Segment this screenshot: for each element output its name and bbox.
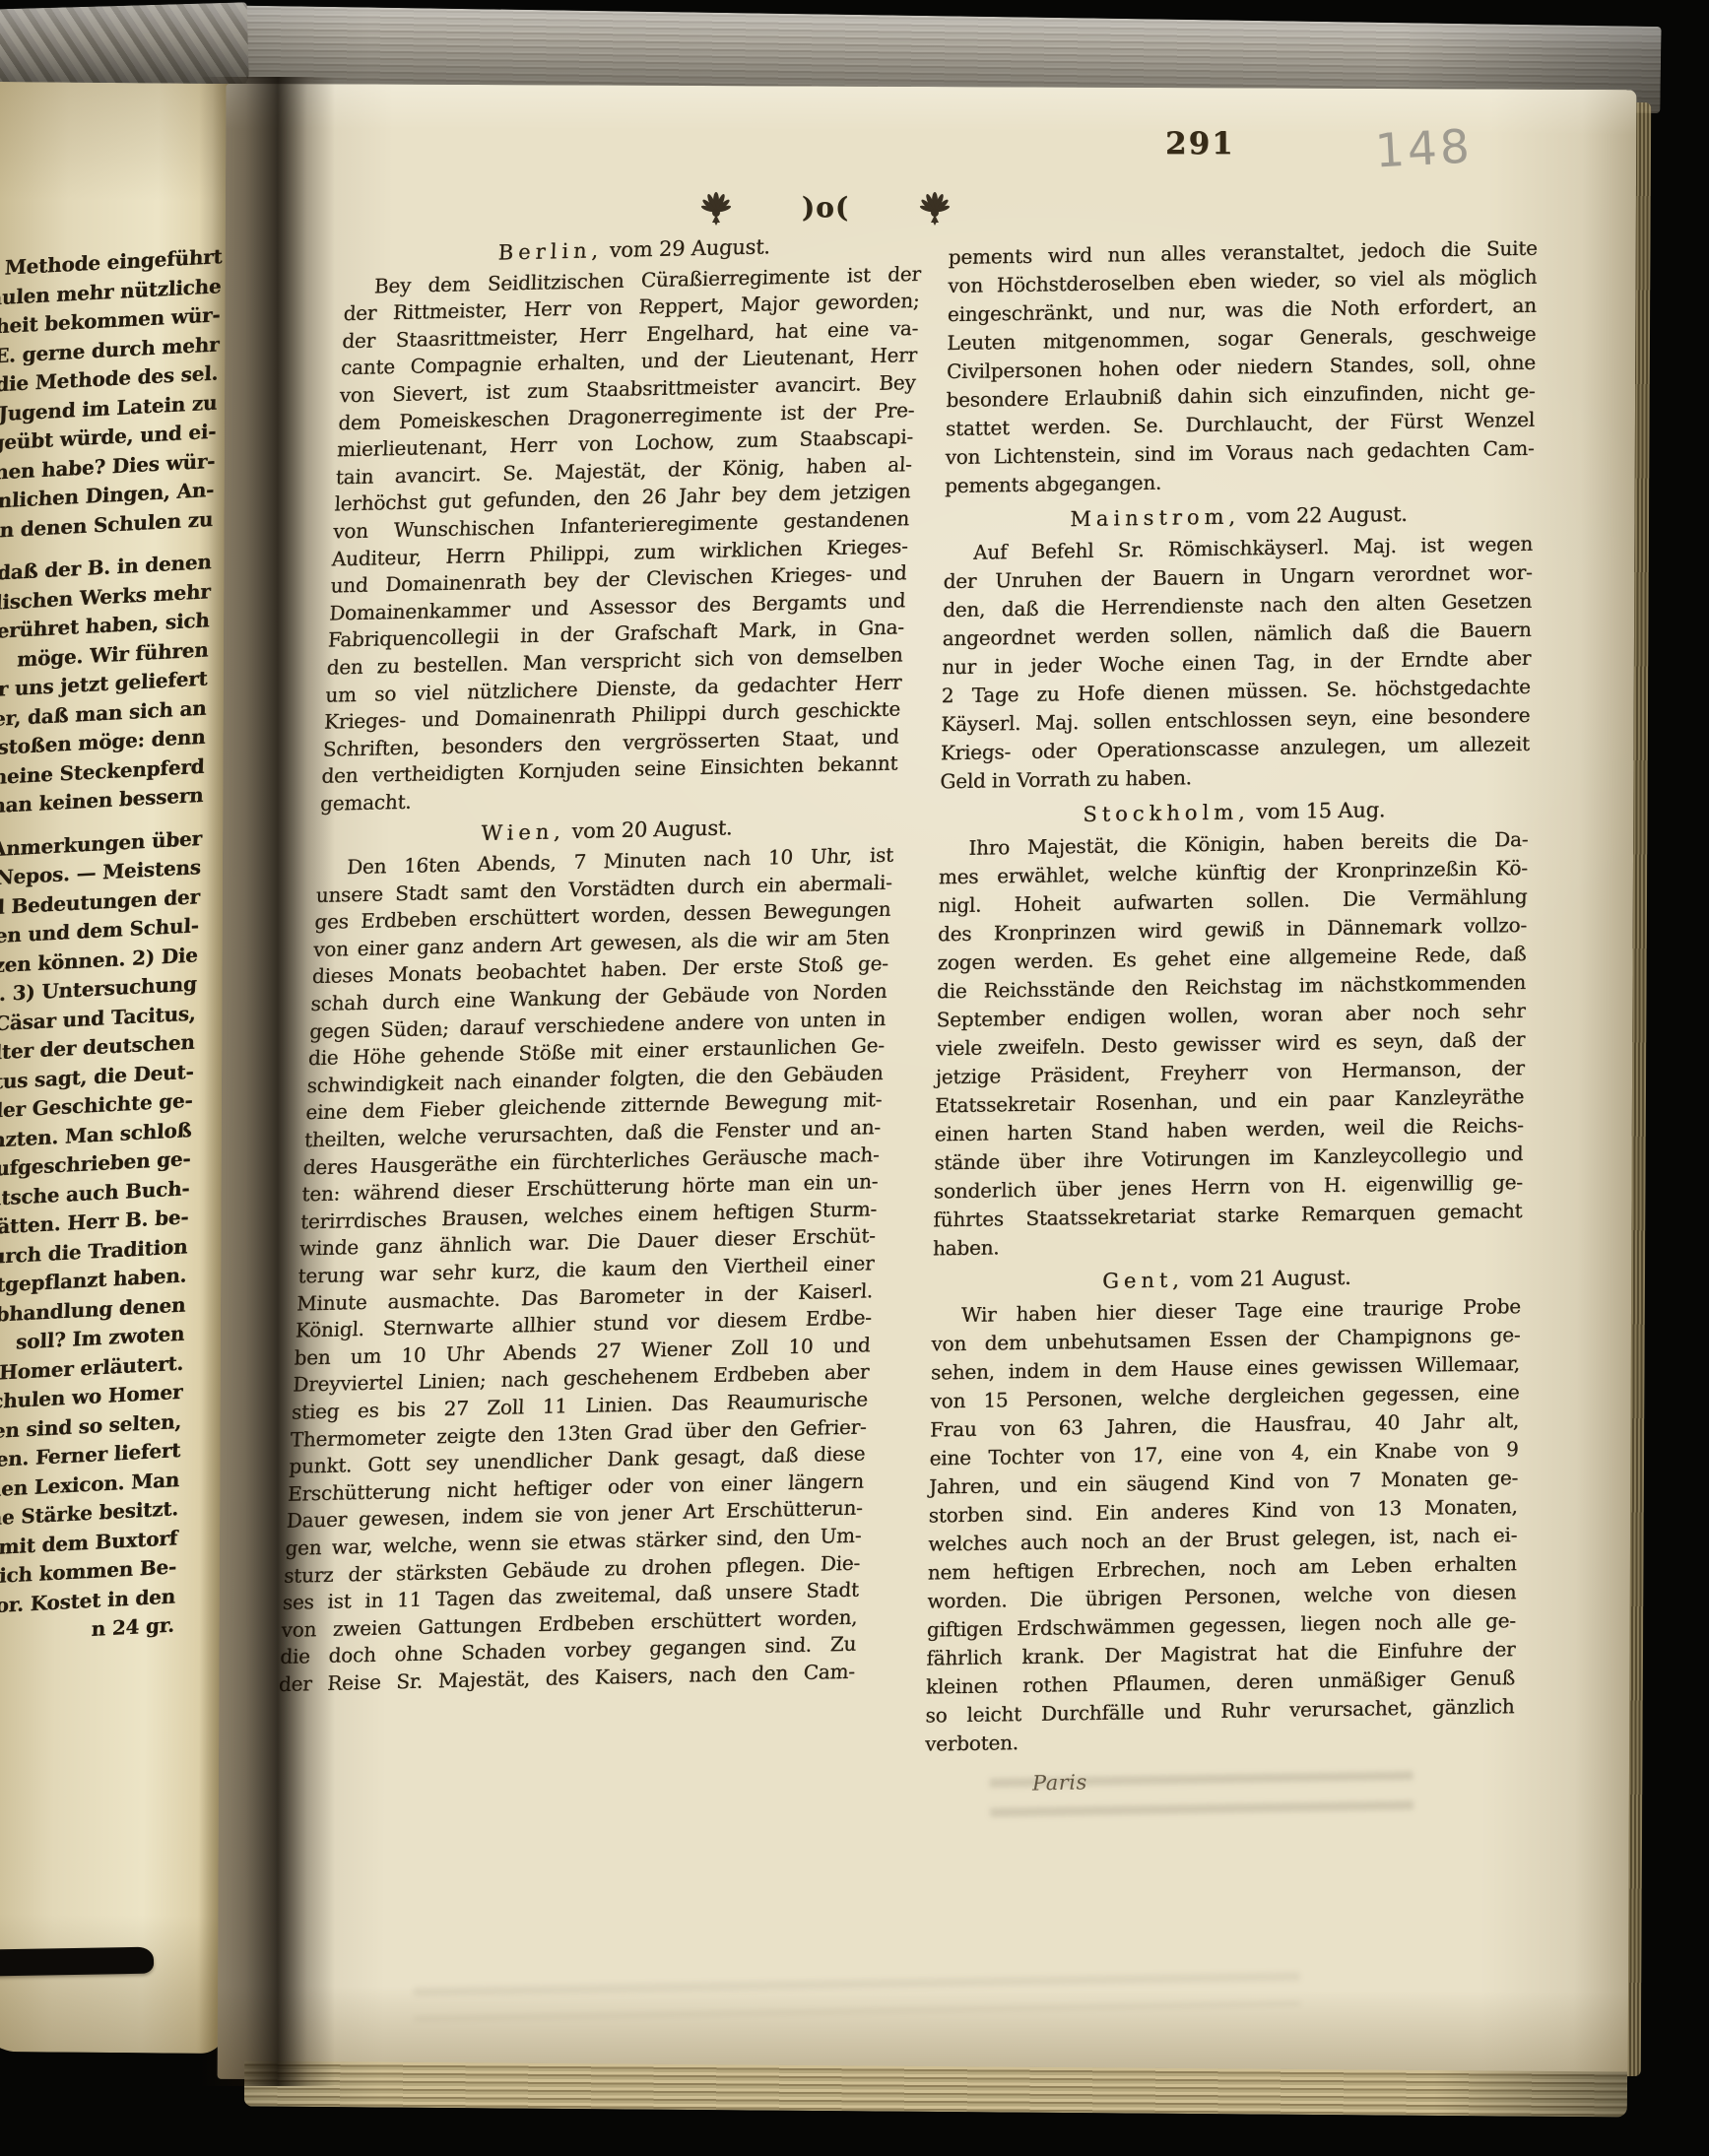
- printers-rule-bar: [0, 1947, 154, 1977]
- handwritten-folio-number: 148: [1374, 119, 1474, 178]
- column-2: pements wird nun alles veranstaltet, jed…: [925, 234, 1538, 1759]
- shell-fleuron-icon: [918, 188, 952, 226]
- section-place-name: Gent,: [1102, 1268, 1184, 1292]
- section-date: vom 20 August.: [564, 817, 733, 844]
- section-date: vom 21 August.: [1184, 1266, 1351, 1292]
- section-date: vom 22 August.: [1240, 502, 1408, 529]
- shell-fleuron-icon: [699, 188, 733, 226]
- book-bottom-page-edges: [244, 2060, 1627, 2117]
- section-place-name: Berlin,: [497, 238, 604, 264]
- section-date: vom 29 August.: [603, 234, 771, 262]
- scanned-book-photo: { "page": { "page_number": "291", "folio…: [0, 0, 1709, 2156]
- header-ornament-row: )o(: [699, 185, 952, 229]
- section-date: vom 15 Aug.: [1250, 798, 1386, 823]
- catchword: Paris: [1032, 1770, 1087, 1795]
- header-center-mark: )o(: [802, 191, 849, 224]
- page-number: 291: [1165, 126, 1235, 162]
- section-place-name: Wien,: [481, 820, 566, 846]
- section-place-name: Mainstrom,: [1070, 504, 1240, 531]
- section-place-name: Stockholm,: [1083, 800, 1250, 826]
- column-1: Berlin, vom 29 August.Bey dem Seidlitzis…: [278, 230, 923, 1699]
